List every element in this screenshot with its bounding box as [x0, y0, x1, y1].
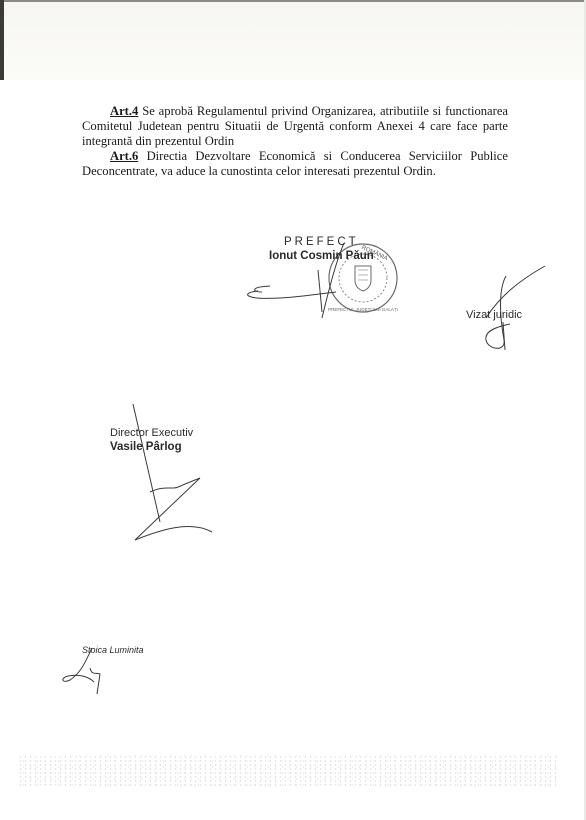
legal-review-label: Vizat juridic [466, 309, 522, 321]
document-body: Art.4 Se aprobă Regulamentul privind Org… [82, 104, 508, 179]
svg-text:PREFECTUL JUDEȚULUI GALAȚI: PREFECTUL JUDEȚULUI GALAȚI [328, 307, 398, 312]
prefect-name: Ionut Cosmin Păun [269, 250, 374, 262]
director-signature [133, 404, 212, 540]
scan-top-tint [0, 0, 586, 80]
article-label: Art.4 [110, 104, 138, 118]
article-text: Directia Dezvoltare Economică si Conduce… [82, 149, 508, 178]
legal-signature [486, 266, 545, 350]
director-name: Vasile Pârlog [110, 441, 182, 453]
scan-noise-strip [18, 755, 558, 787]
director-title: Director Executiv [110, 427, 193, 439]
article-4: Art.4 Se aprobă Regulamentul privind Org… [82, 104, 508, 149]
article-label: Art.6 [110, 149, 138, 163]
scan-top-edge [0, 0, 586, 2]
article-6: Art.6 Directia Dezvoltare Economică si C… [82, 149, 508, 179]
drafter-name: Stoica Luminita [82, 645, 144, 655]
scan-left-edge [0, 0, 4, 80]
prefect-title: PREFECT [284, 236, 359, 248]
article-text: Se aprobă Regulamentul privind Organizar… [82, 104, 508, 148]
